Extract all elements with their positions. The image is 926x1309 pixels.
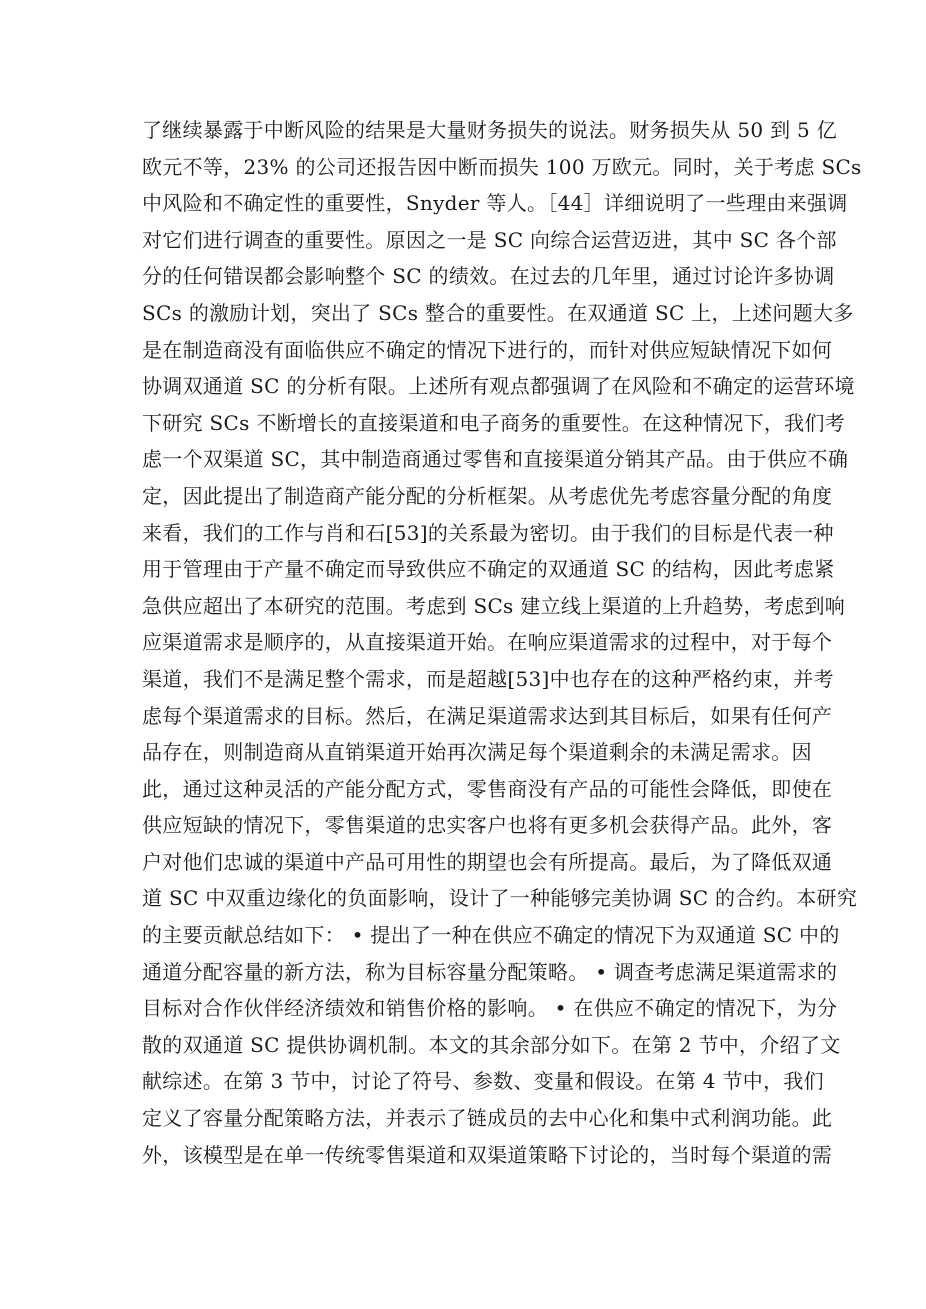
- text-line: 分的任何错误都会影响整个 SC 的绩效。在过去的几年里，通过讨论许多协调: [142, 258, 802, 295]
- text-line: 户对他们忠诚的渠道中产品可用性的期望也会有所提高。最后，为了降低双通: [142, 844, 802, 881]
- text-line: 通道分配容量的新方法，称为目标容量分配策略。 • 调查考虑满足渠道需求的: [142, 954, 802, 991]
- text-line: 是在制造商没有面临供应不确定的情况下进行的，而针对供应短缺情况下如何: [142, 332, 802, 369]
- text-line: 下研究 SCs 不断增长的直接渠道和电子商务的重要性。在这种情况下，我们考: [142, 405, 802, 442]
- text-line: 对它们进行调查的重要性。原因之一是 SC 向综合运营迈进，其中 SC 各个部: [142, 222, 802, 259]
- text-line: 献综述。在第 3 节中，讨论了符号、参数、变量和假设。在第 4 节中，我们: [142, 1063, 802, 1100]
- text-line: 应渠道需求是顺序的，从直接渠道开始。在响应渠道需求的过程中，对于每个: [142, 624, 802, 661]
- text-line: 急供应超出了本研究的范围。考虑到 SCs 建立线上渠道的上升趋势，考虑到响: [142, 588, 802, 625]
- document-body: 了继续暴露于中断风险的结果是大量财务损失的说法。财务损失从 50 到 5 亿 欧…: [142, 112, 802, 1173]
- text-line: 来看，我们的工作与肖和石[53]的关系最为密切。由于我们的目标是代表一种: [142, 515, 802, 552]
- text-line: 散的双通道 SC 提供协调机制。本文的其余部分如下。在第 2 节中，介绍了文: [142, 1027, 802, 1064]
- text-line: 供应短缺的情况下，零售渠道的忠实客户也将有更多机会获得产品。此外，客: [142, 807, 802, 844]
- text-line: 定，因此提出了制造商产能分配的分析框架。从考虑优先考虑容量分配的角度: [142, 478, 802, 515]
- text-line: 欧元不等，23% 的公司还报告因中断而损失 100 万欧元。同时，关于考虑 SC…: [142, 149, 802, 186]
- text-line: 的主要贡献总结如下： • 提出了一种在供应不确定的情况下为双通道 SC 中的: [142, 917, 802, 954]
- text-line: 道 SC 中双重边缘化的负面影响，设计了一种能够完美协调 SC 的合约。本研究: [142, 880, 802, 917]
- text-line: 渠道，我们不是满足整个需求，而是超越[53]中也存在的这种严格约束，并考: [142, 661, 802, 698]
- text-line: 品存在，则制造商从直销渠道开始再次满足每个渠道剩余的未满足需求。因: [142, 734, 802, 771]
- text-line: 虑每个渠道需求的目标。然后，在满足渠道需求达到其目标后，如果有任何产: [142, 698, 802, 735]
- text-line: 了继续暴露于中断风险的结果是大量财务损失的说法。财务损失从 50 到 5 亿: [142, 112, 802, 149]
- text-line: 定义了容量分配策略方法，并表示了链成员的去中心化和集中式利润功能。此: [142, 1100, 802, 1137]
- text-line: 虑一个双渠道 SC，其中制造商通过零售和直接渠道分销其产品。由于供应不确: [142, 441, 802, 478]
- text-line: 目标对合作伙伴经济绩效和销售价格的影响。 • 在供应不确定的情况下，为分: [142, 990, 802, 1027]
- text-line: 协调双通道 SC 的分析有限。上述所有观点都强调了在风险和不确定的运营环境: [142, 368, 802, 405]
- text-line: 外，该模型是在单一传统零售渠道和双渠道策略下讨论的，当时每个渠道的需: [142, 1137, 802, 1174]
- text-line: 用于管理由于产量不确定而导致供应不确定的双通道 SC 的结构，因此考虑紧: [142, 551, 802, 588]
- text-line: 此，通过这种灵活的产能分配方式，零售商没有产品的可能性会降低，即使在: [142, 771, 802, 808]
- text-line: 中风险和不确定性的重要性，Snyder 等人。［44］详细说明了一些理由来强调: [142, 185, 802, 222]
- text-line: SCs 的激励计划，突出了 SCs 整合的重要性。在双通道 SC 上，上述问题大…: [142, 295, 802, 332]
